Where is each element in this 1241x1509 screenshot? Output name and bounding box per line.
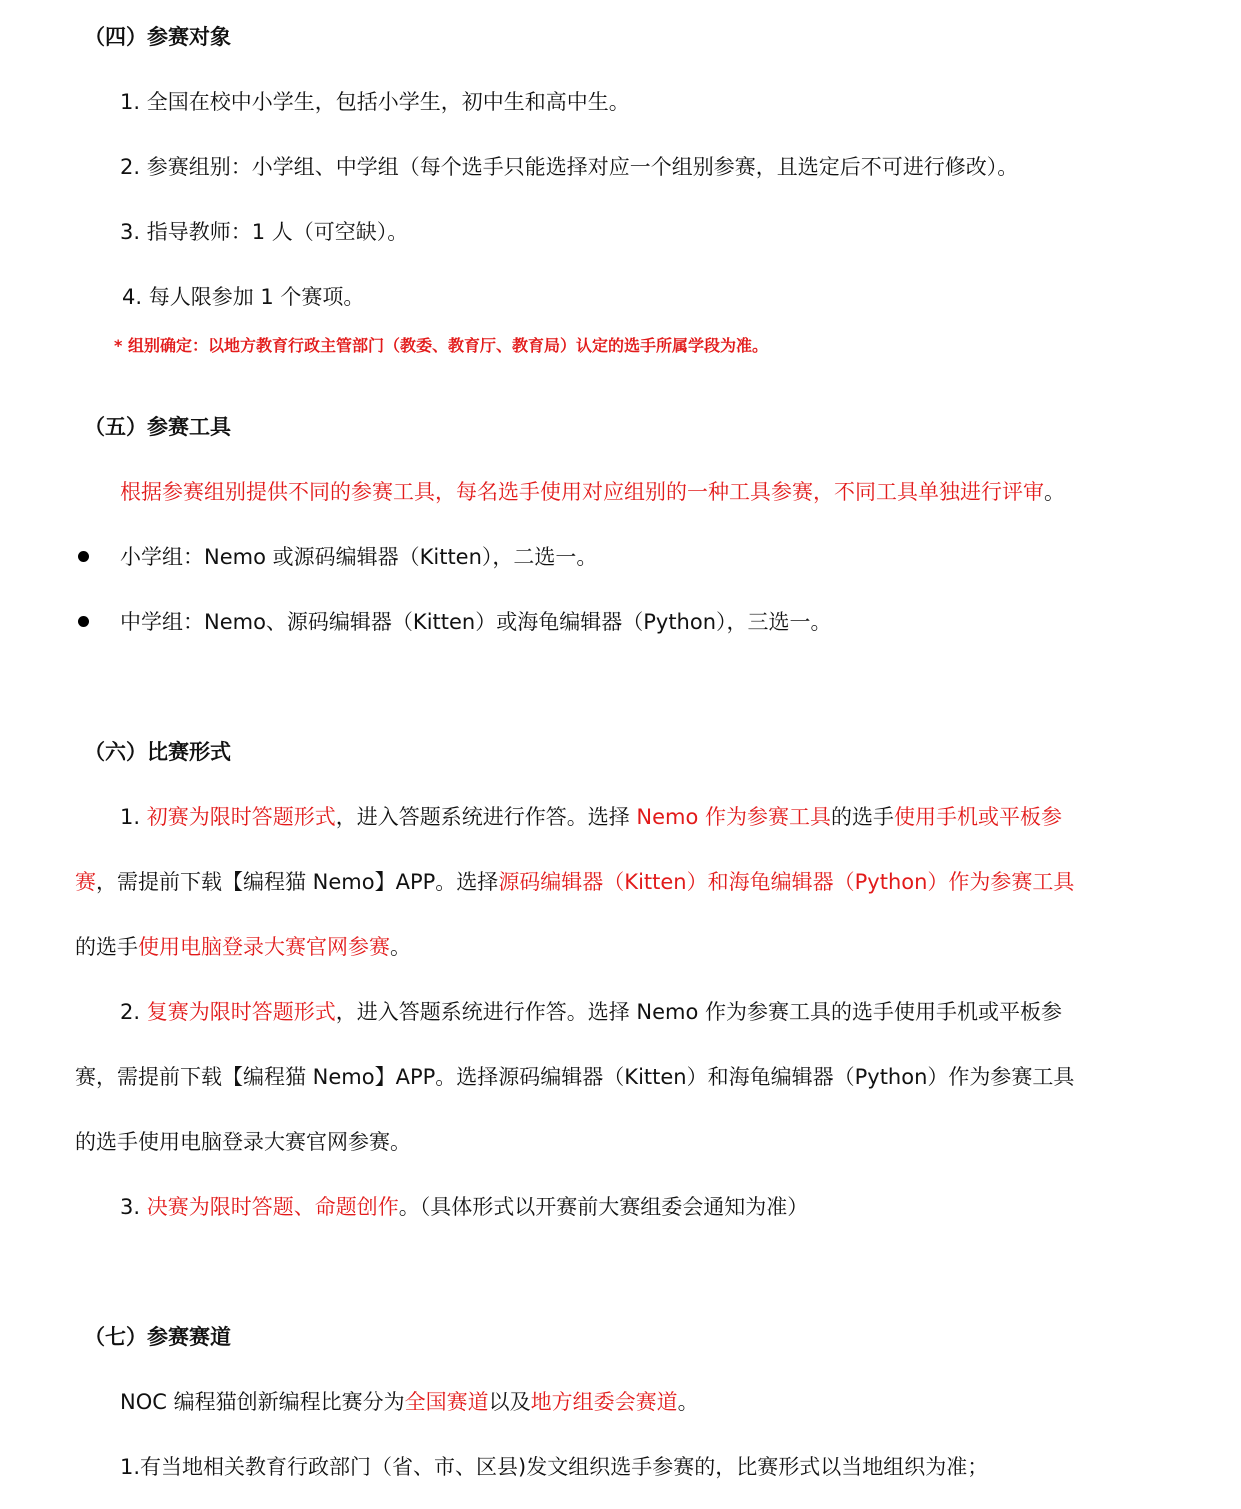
paragraph: 3. 决赛为限时答题、命题创作。（具体形式以开赛前大赛组委会通知为准） — [120, 1192, 808, 1222]
section-heading-7: （七）参赛赛道 — [84, 1322, 231, 1352]
list-item: 4. 每人限参加 1 个赛项。 — [122, 282, 364, 312]
section-heading-6: （六）比赛形式 — [84, 737, 231, 767]
paragraph-line: 赛，需提前下载【编程猫 Nemo】APP。选择源码编辑器（Kitten）和海龟编… — [75, 867, 1074, 897]
paragraph-line: 赛，需提前下载【编程猫 Nemo】APP。选择源码编辑器（Kitten）和海龟编… — [75, 1062, 1074, 1092]
bullet-icon — [78, 551, 89, 562]
section-heading-4: （四）参赛对象 — [84, 22, 231, 52]
paragraph: 1.有当地相关教育行政部门（省、市、区县)发文组织选手参赛的，比赛形式以当地组织… — [120, 1452, 988, 1482]
bullet-item: 中学组：Nemo、源码编辑器（Kitten）或海龟编辑器（Python），三选一… — [120, 607, 832, 637]
paragraph: 2. 复赛为限时答题形式，进入答题系统进行作答。选择 Nemo 作为参赛工具的选… — [120, 997, 1062, 1027]
paragraph-line: 的选手使用电脑登录大赛官网参赛。 — [75, 1127, 411, 1157]
paragraph-line: 的选手使用电脑登录大赛官网参赛。 — [75, 932, 411, 962]
group-note: * 组别确定：以地方教育行政主管部门（教委、教育厅、教育局）认定的选手所属学段为… — [114, 331, 768, 361]
paragraph: 1. 初赛为限时答题形式，进入答题系统进行作答。选择 Nemo 作为参赛工具的选… — [120, 802, 1062, 832]
list-item: 3. 指导教师：1 人（可空缺）。 — [120, 217, 408, 247]
list-item: 1. 全国在校中小学生，包括小学生，初中生和高中生。 — [120, 87, 630, 117]
bullet-item: 小学组：Nemo 或源码编辑器（Kitten），二选一。 — [120, 542, 597, 572]
bullet-icon — [78, 616, 89, 627]
paragraph: NOC 编程猫创新编程比赛分为全国赛道以及地方组委会赛道。 — [120, 1387, 699, 1417]
tools-intro-text: 根据参赛组别提供不同的参赛工具，每名选手使用对应组别的一种工具参赛，不同工具单独… — [120, 480, 1044, 504]
list-item: 2. 参赛组别：小学组、中学组（每个选手只能选择对应一个组别参赛，且选定后不可进… — [120, 152, 1018, 182]
section-heading-5: （五）参赛工具 — [84, 412, 231, 442]
tools-intro: 根据参赛组别提供不同的参赛工具，每名选手使用对应组别的一种工具参赛，不同工具单独… — [120, 477, 1065, 507]
